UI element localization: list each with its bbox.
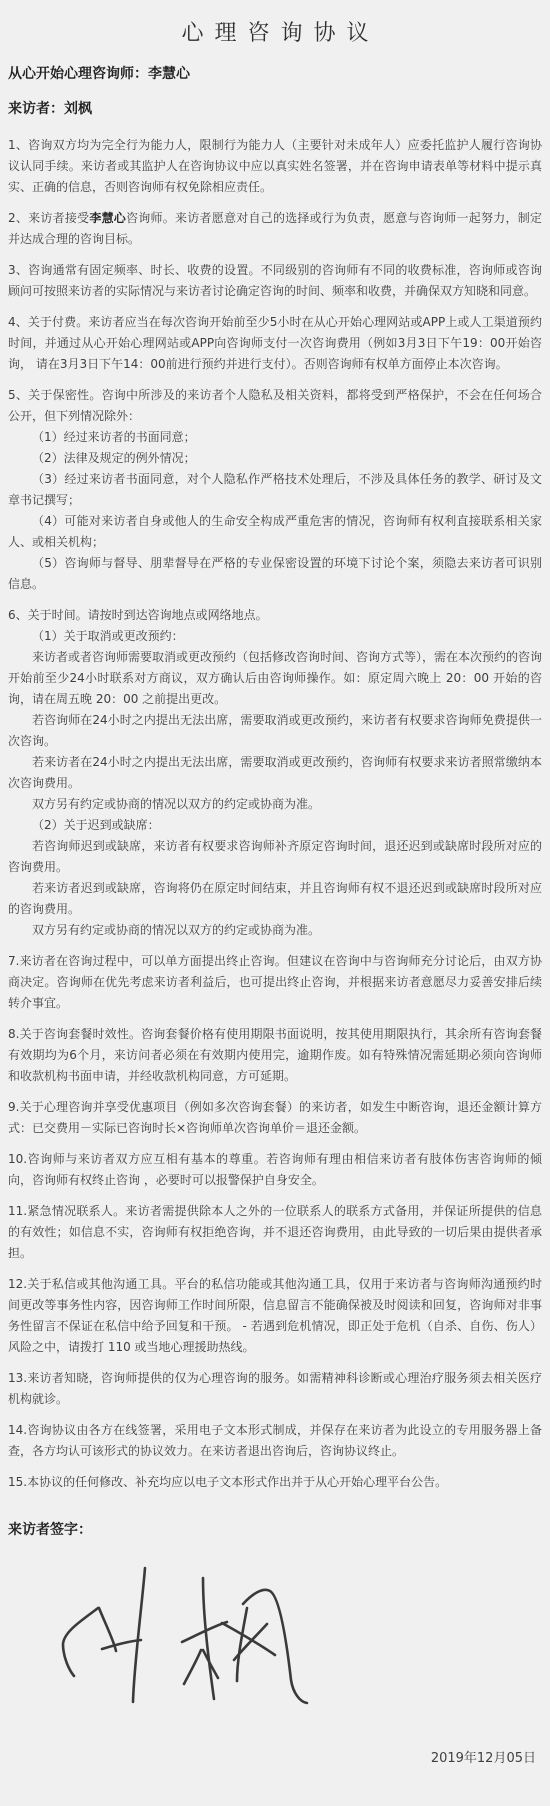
agreement-document: 心理咨询协议 从心开始心理咨询师：李慧心 来访者：刘枫 1、咨询双方均为完全行为… [0, 0, 550, 1806]
signature-label: 来访者签字： [8, 1519, 542, 1539]
clause-6-item-7: 若咨询师迟到或缺席，来访者有权要求咨询师补齐原定咨询时间，退还迟到或缺席时段所对… [8, 836, 542, 878]
clause-5-item-3: （3）经过来访者书面同意，对个人隐私作严格技术处理后，不涉及具体任务的教学、研讨… [8, 469, 542, 511]
clause-5-item-5: （5）咨询师与督导、朋辈督导在严格的专业保密设置的环境下讨论个案，须隐去来访者可… [8, 553, 542, 595]
clause-6-item-8: 若来访者迟到或缺席，咨询将仍在原定时间结束，并且咨询师有权不退还迟到或缺席时段所… [8, 878, 542, 920]
clause-6-item-5: 双方另有约定或协商的情况以双方的约定或协商为准。 [8, 794, 542, 815]
clause-6-item-3: 若咨询师在24小时之内提出无法出席，需要取消或更改预约，来访者有权要求咨询师免费… [8, 710, 542, 752]
clause-4: 4、关于付费。来访者应当在每次咨询开始前至少5小时在从心开始心理网站或APP上或… [8, 312, 542, 375]
clause-1-text: 1、咨询双方均为完全行为能力人，限制行为能力人（主要针对未成年人）应委托监护人履… [8, 135, 542, 198]
clause-10-text: 10.咨询师与来访者双方应互相有基本的尊重。若咨询师有理由相信来访者有肢体伤害咨… [8, 1149, 542, 1191]
clause-3-text: 3、咨询通常有固定频率、时长、收费的设置。不同级别的咨询师有不同的收费标准，咨询… [8, 260, 542, 302]
clause-5-item-2: （2）法律及规定的例外情况； [8, 448, 542, 469]
clause-11: 11.紧急情况联系人。来访者需提供除本人之外的一位联系人的联系方式备用，并保证所… [8, 1201, 542, 1264]
clause-6-item-2: 来访者或者咨询师需要取消或更改预约（包括修改咨询时间、咨询方式等），需在本次预约… [8, 647, 542, 710]
clause-2-text: 2、来访者接受李慧心咨询师。来访者愿意对自己的选择或行为负责，愿意与咨询师一起努… [8, 208, 542, 250]
clause-6: 6、关于时间。请按时到达咨询地点或网络地点。 （1）关于取消或更改预约： 来访者… [8, 605, 542, 941]
clause-11-text: 11.紧急情况联系人。来访者需提供除本人之外的一位联系人的联系方式备用，并保证所… [8, 1201, 542, 1264]
clause-10: 10.咨询师与来访者双方应互相有基本的尊重。若咨询师有理由相信来访者有肢体伤害咨… [8, 1149, 542, 1191]
clause-5-intro: 5、关于保密性。咨询中所涉及的来访者个人隐私及相关资料，都将受到严格保护，不会在… [8, 385, 542, 427]
visitor-line: 来访者：刘枫 [8, 100, 542, 118]
clause-14: 14.咨询协议由各方在线签署，采用电子文本形式制成，并保存在来访者为此设立的专用… [8, 1420, 542, 1462]
clause-3: 3、咨询通常有固定频率、时长、收费的设置。不同级别的咨询师有不同的收费标准，咨询… [8, 260, 542, 302]
clause-6-item-9: 双方另有约定或协商的情况以双方的约定或协商为准。 [8, 920, 542, 941]
clause-12: 12.关于私信或其他沟通工具。平台的私信功能或其他沟通工具，仅用于来访者与咨询师… [8, 1274, 542, 1358]
clause-7: 7.来访者在咨询过程中，可以单方面提出终止咨询。但建议在咨询中与咨询师充分讨论后… [8, 951, 542, 1014]
signing-date: 2019年12月05日 [8, 1747, 542, 1766]
clause-9-text: 9.关于心理咨询并享受优惠项目（例如多次咨询套餐）的来访者，如发生中断咨询，退还… [8, 1097, 542, 1139]
signature-drawing [30, 1545, 310, 1715]
clause-2: 2、来访者接受李慧心咨询师。来访者愿意对自己的选择或行为负责，愿意与咨询师一起努… [8, 208, 542, 250]
signature-area [30, 1545, 542, 1719]
clause-6-item-6: （2）关于迟到或缺席： [8, 815, 542, 836]
clause-1: 1、咨询双方均为完全行为能力人，限制行为能力人（主要针对未成年人）应委托监护人履… [8, 135, 542, 198]
clause-15: 15.本协议的任何修改、补充均应以电子文本形式作出并于从心开始心理平台公告。 [8, 1472, 542, 1493]
counselor-line: 从心开始心理咨询师：李慧心 [8, 65, 542, 83]
clause-8-text: 8.关于咨询套餐时效性。咨询套餐价格有使用期限书面说明，按其使用期限执行，其余所… [8, 1024, 542, 1087]
clause-6-intro: 6、关于时间。请按时到达咨询地点或网络地点。 [8, 605, 542, 626]
clause-6-item-4: 若来访者在24小时之内提出无法出席，需要取消或更改预约，咨询师有权要求来访者照常… [8, 752, 542, 794]
clause-4-text: 4、关于付费。来访者应当在每次咨询开始前至少5小时在从心开始心理网站或APP上或… [8, 312, 542, 375]
clause-6-item-1: （1）关于取消或更改预约： [8, 626, 542, 647]
clause-2-prefix: 2、来访者接受 [8, 211, 89, 225]
clause-9: 9.关于心理咨询并享受优惠项目（例如多次咨询套餐）的来访者，如发生中断咨询，退还… [8, 1097, 542, 1139]
counselor-name: 李慧心 [89, 211, 126, 225]
clause-13-text: 13.来访者知晓，咨询师提供的仅为心理咨询的服务。如需精神科诊断或心理治疗服务须… [8, 1368, 542, 1410]
page-title: 心理咨询协议 [8, 16, 542, 47]
clause-13: 13.来访者知晓，咨询师提供的仅为心理咨询的服务。如需精神科诊断或心理治疗服务须… [8, 1368, 542, 1410]
clause-5-item-1: （1）经过来访者的书面同意； [8, 427, 542, 448]
clause-7-text: 7.来访者在咨询过程中，可以单方面提出终止咨询。但建议在咨询中与咨询师充分讨论后… [8, 951, 542, 1014]
clause-5-item-4: （4）可能对来访者自身或他人的生命安全构成严重危害的情况，咨询师有权利直接联系相… [8, 511, 542, 553]
clause-14-text: 14.咨询协议由各方在线签署，采用电子文本形式制成，并保存在来访者为此设立的专用… [8, 1420, 542, 1462]
clause-8: 8.关于咨询套餐时效性。咨询套餐价格有使用期限书面说明，按其使用期限执行，其余所… [8, 1024, 542, 1087]
clause-15-text: 15.本协议的任何修改、补充均应以电子文本形式作出并于从心开始心理平台公告。 [8, 1472, 542, 1493]
clause-12-text: 12.关于私信或其他沟通工具。平台的私信功能或其他沟通工具，仅用于来访者与咨询师… [8, 1274, 542, 1358]
clause-5: 5、关于保密性。咨询中所涉及的来访者个人隐私及相关资料，都将受到严格保护，不会在… [8, 385, 542, 595]
